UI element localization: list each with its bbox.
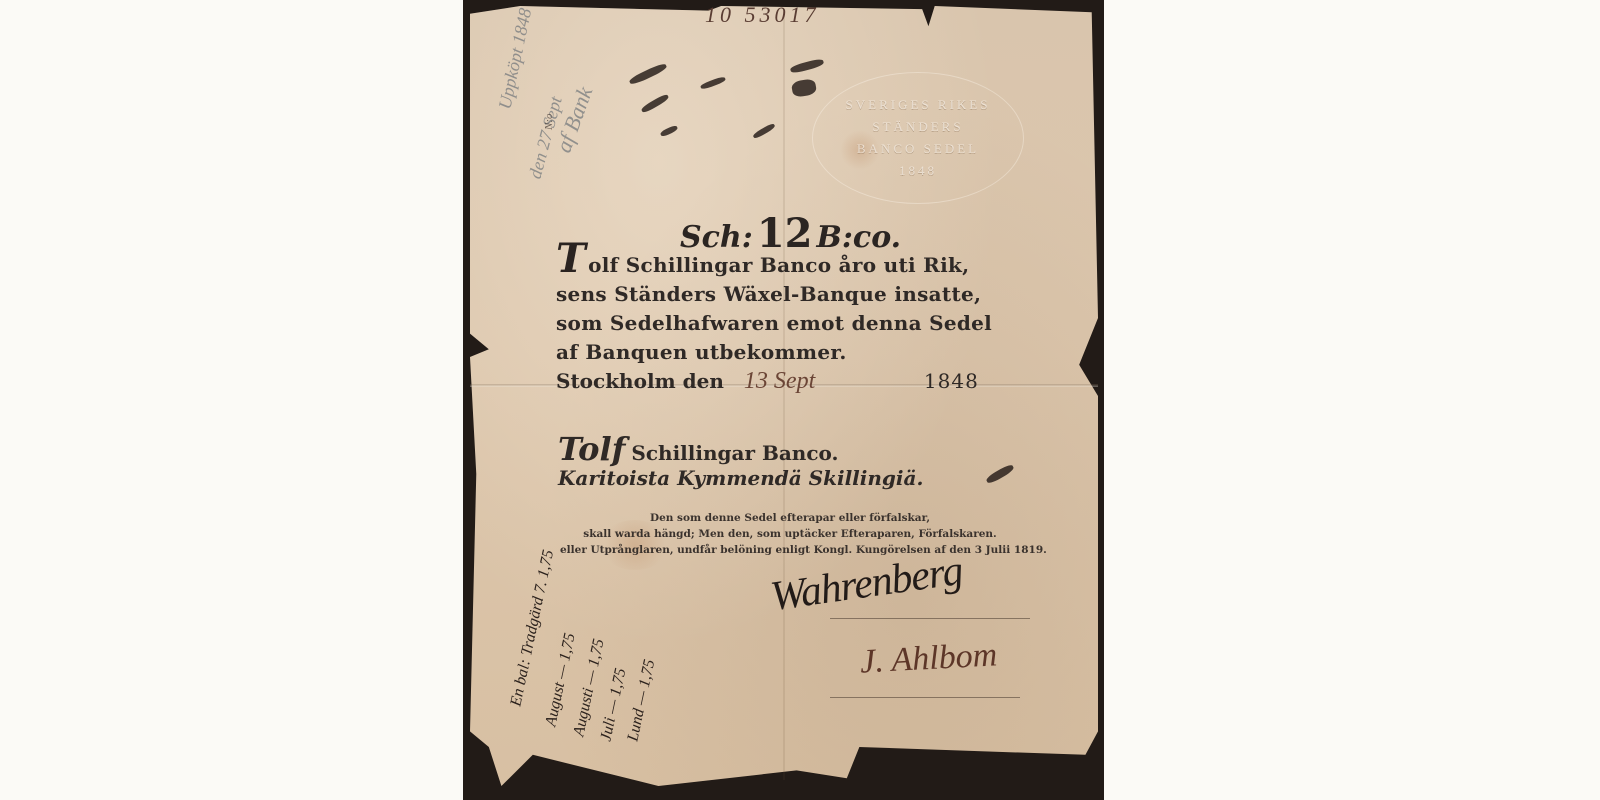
serial-number: 10 53017 bbox=[705, 2, 820, 28]
number-mark: N:o bbox=[543, 114, 555, 131]
stamp-line: 1848 bbox=[899, 160, 937, 182]
text-line-1: Tolf Schillingar Banco åro uti Rik, bbox=[556, 244, 1016, 280]
signature-line bbox=[830, 697, 1020, 698]
stamp-line: STÄNDERS bbox=[872, 116, 963, 138]
signature-second: J. Ahlbom bbox=[859, 636, 998, 681]
text-line: af Banquen utbekommer. bbox=[556, 338, 1016, 367]
handwritten-date: 13 Sept bbox=[744, 367, 894, 396]
promissory-text: Tolf Schillingar Banco åro uti Rik, sens… bbox=[556, 244, 1016, 396]
signature-line bbox=[830, 618, 1030, 619]
embossed-stamp: SVERIGES RIKES STÄNDERS BANCO SEDEL 1848 bbox=[812, 72, 1024, 204]
date-year: 1848 bbox=[924, 367, 979, 396]
stamp-line: SVERIGES RIKES bbox=[846, 94, 991, 116]
handwritten-margin-notes: En bal: Tradgärd 7. 1,75 August — 1,75 A… bbox=[500, 440, 680, 740]
date-prefix: Stockholm den bbox=[556, 367, 724, 396]
drop-cap: T bbox=[556, 244, 586, 274]
date-line: Stockholm den 13 Sept 1848 bbox=[556, 367, 1016, 396]
stamp-line: BANCO SEDEL bbox=[857, 138, 979, 160]
text-line: som Sedelhafwaren emot denna Sedel bbox=[556, 309, 1016, 338]
text-line: sens Ständers Wäxel-Banque insatte, bbox=[556, 280, 1016, 309]
text-line: olf Schillingar Banco åro uti Rik, bbox=[588, 253, 969, 277]
